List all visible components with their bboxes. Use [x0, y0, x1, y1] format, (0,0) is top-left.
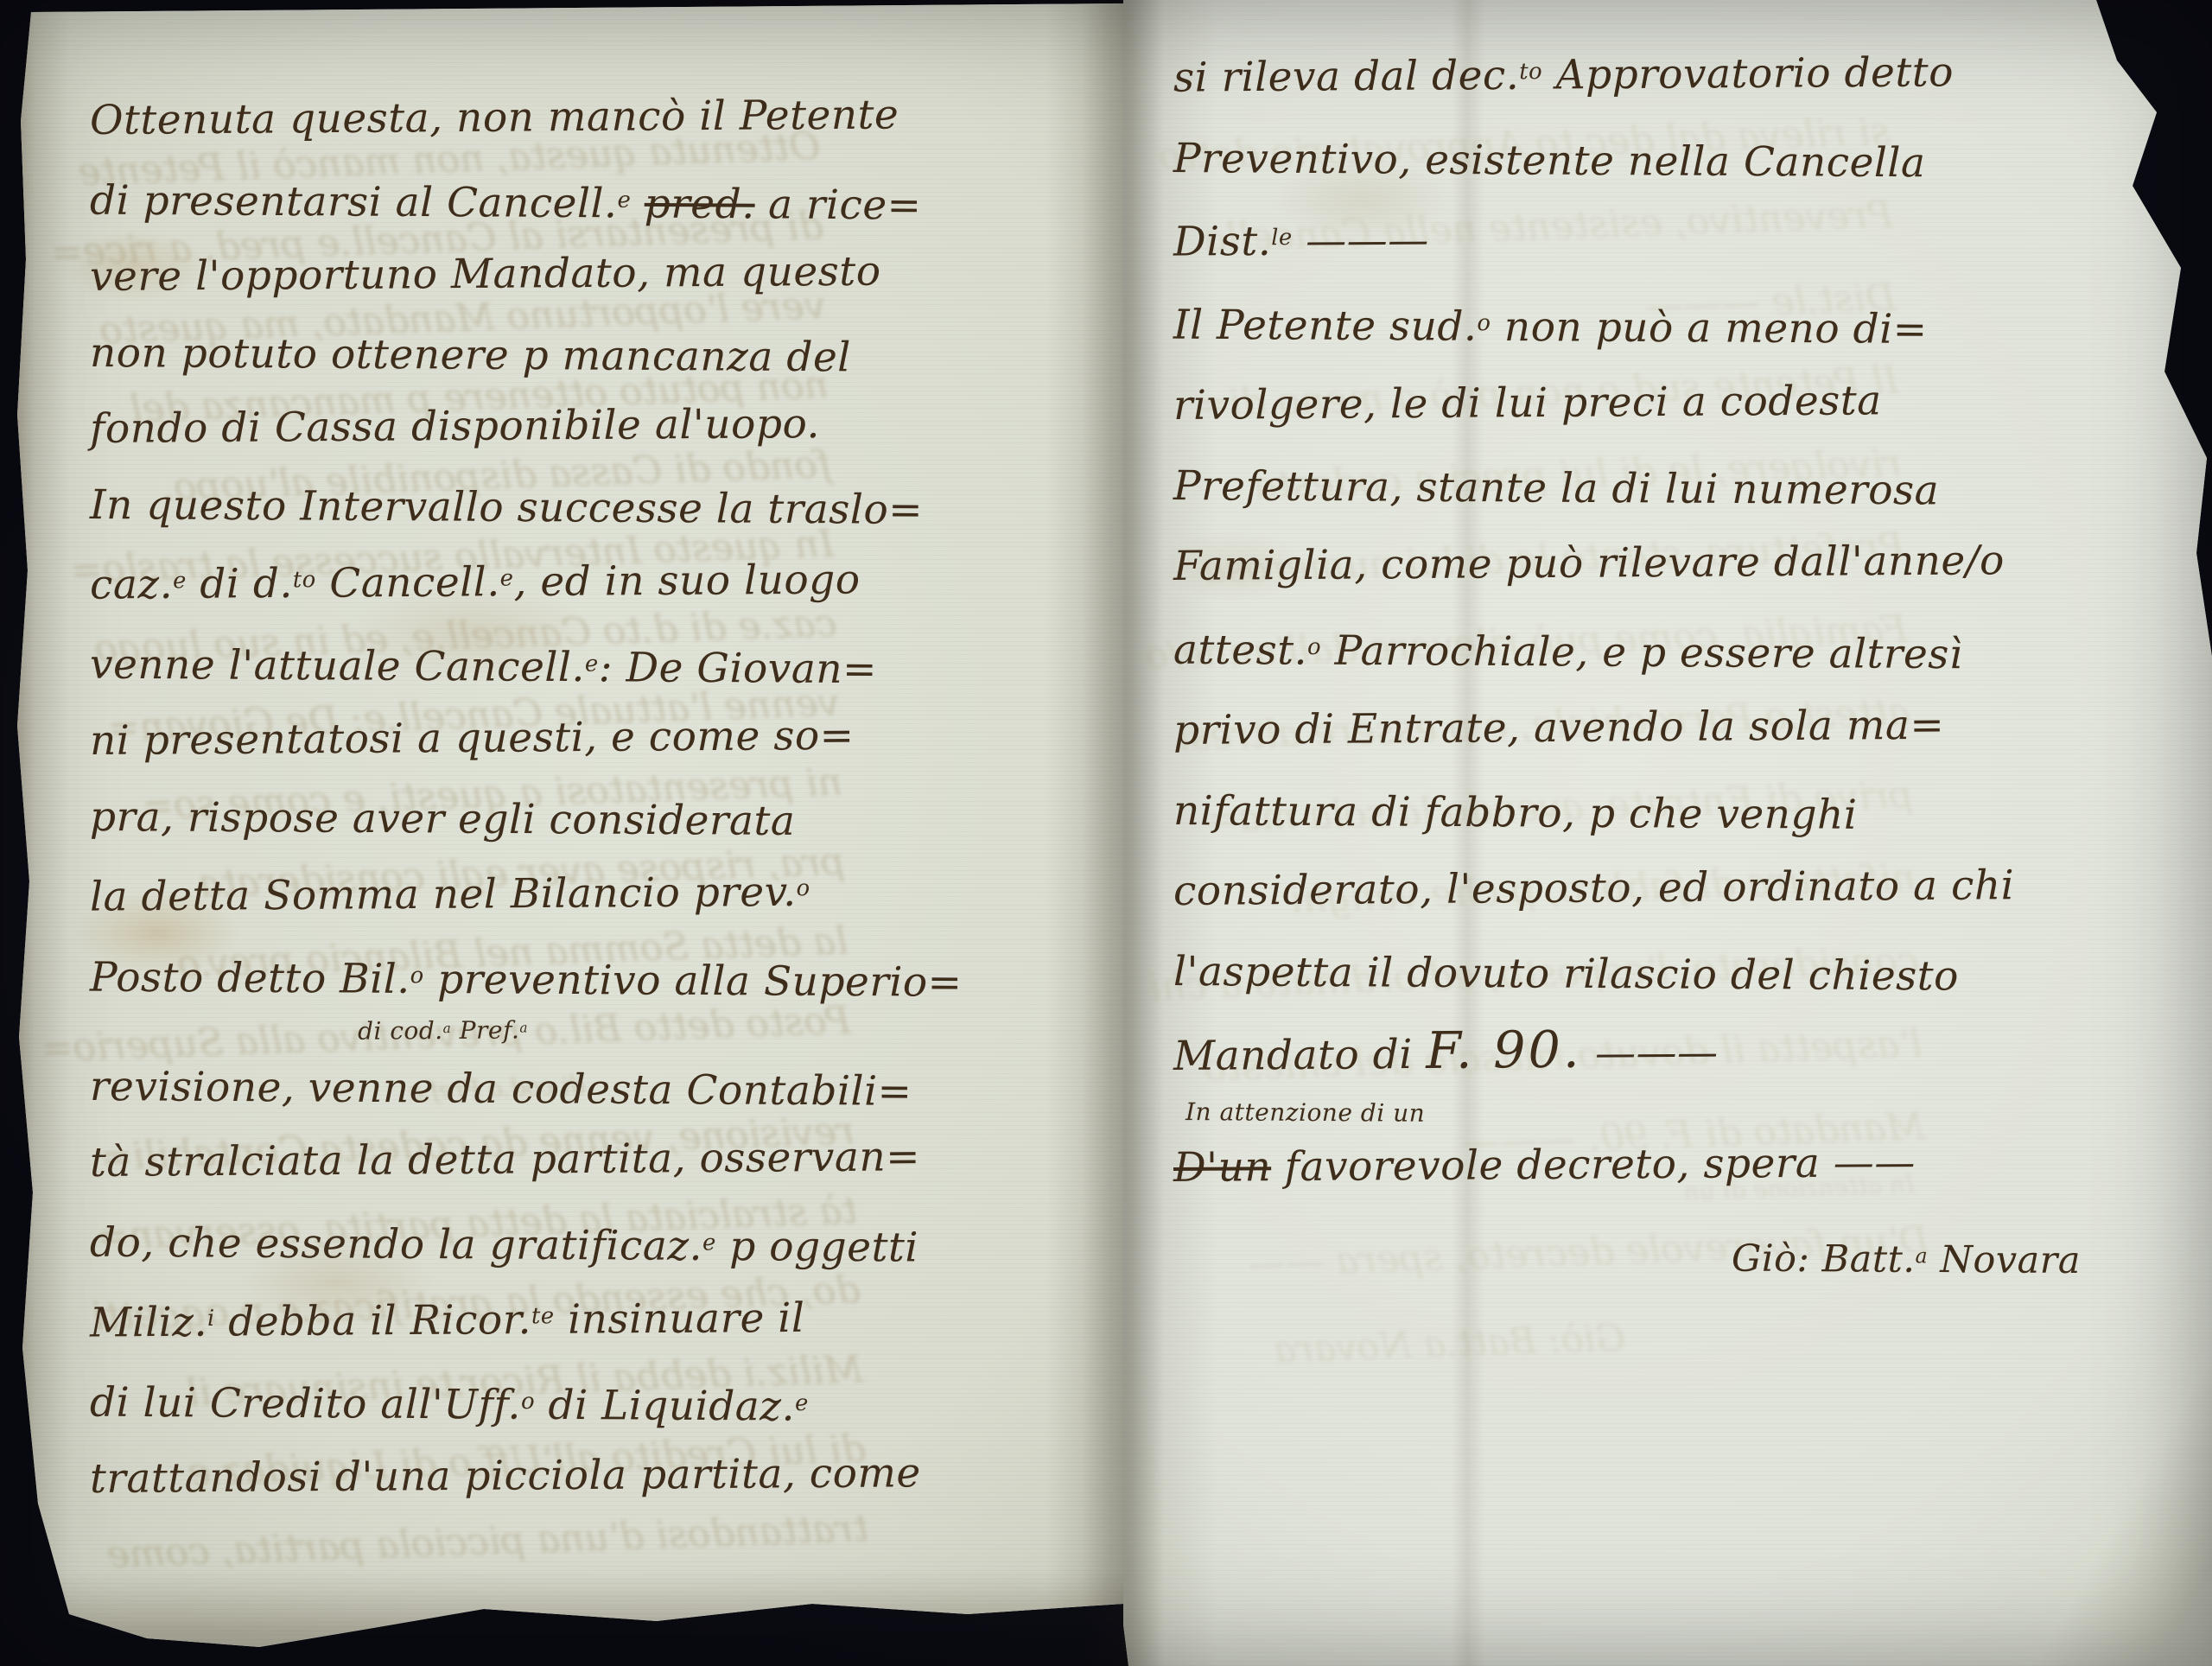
text-segment: revisione, venne da codesta Contabili= — [90, 1063, 912, 1116]
text-segment: In questo Intervallo successe la traslo= — [90, 481, 923, 534]
text-segment: o — [796, 875, 810, 901]
text-segment: si rileva dal dec. — [1173, 52, 1520, 102]
manuscript-line: Dist.le ——— — [1173, 191, 2194, 282]
ghost-line: Giò: Batt.a Novara — [1160, 1286, 1934, 1396]
text-segment: to — [1519, 59, 1542, 85]
text-segment: Prefettura, stante la di lui numerosa — [1173, 462, 1939, 514]
text-segment: rivolgere, le di lui preci a codesta — [1173, 377, 1882, 429]
right-page: si rileva dal dec.to Approvatorio dettoP… — [1123, 0, 2212, 1666]
text-segment: di lui Credito all'Uff. — [90, 1379, 521, 1429]
text-segment: F. 90. — [1426, 1019, 1582, 1079]
text-segment: o — [1477, 310, 1491, 336]
text-segment: e — [702, 1230, 716, 1256]
text-segment: di d. — [187, 560, 293, 608]
text-segment: favorevole decreto, spera —— — [1271, 1139, 1916, 1191]
text-segment: i — [207, 1306, 215, 1332]
manuscript-line: Preventivo, esistente nella Cancella — [1173, 118, 2194, 205]
text-segment: e — [585, 652, 599, 677]
text-segment: a — [519, 1021, 528, 1036]
manuscript-line: di cod.a Pref.a — [90, 1008, 1109, 1049]
manuscript-line: Ottenuta questa, non mancò il Petente — [90, 76, 1110, 159]
manuscript-spread: Ottenuta questa, non mancò il Petentedi … — [0, 0, 2212, 1666]
text-segment: o — [410, 963, 424, 989]
text-segment: do, che essendo la gratificaz. — [90, 1219, 702, 1270]
manuscript-line: Mandato di F. 90. ——— — [1173, 1004, 2194, 1096]
text-segment: nifattura di fabbro, p che venghi — [1173, 787, 1858, 839]
text-segment: di Liquidaz. — [535, 1382, 795, 1431]
text-segment: te — [531, 1303, 555, 1329]
manuscript-line: caz.e di d.to Cancell.e, ed in suo luogo — [90, 536, 1110, 623]
text-segment: e — [500, 565, 514, 591]
manuscript-line: si rileva dal dec.to Approvatorio detto — [1173, 28, 2194, 118]
text-segment: vere l'opportuno Mandato, ma questo — [90, 247, 881, 300]
manuscript-line: l'aspetta il dovuto rilascio del chiesto — [1173, 932, 2194, 1018]
text-segment: ni presentatosi a questi, e come so= — [90, 712, 855, 765]
manuscript-line: attest.o Parrochiale, e p essere altresì — [1173, 607, 2194, 696]
text-segment: , ed in suo luogo — [513, 556, 860, 606]
text-segment: Preventivo, esistente nella Cancella — [1173, 135, 1926, 187]
text-segment: Famiglia, come può rilevare dall'anne/o — [1173, 537, 2005, 590]
text-segment: : De Giovan= — [598, 644, 877, 693]
text-segment: non potuto ottenere p mancanza del — [90, 329, 851, 381]
text-segment: trattandosi d'una picciola partita, come — [90, 1449, 921, 1503]
text-segment: debba il Ricor. — [215, 1296, 532, 1346]
text-segment: Dist. — [1173, 217, 1272, 265]
manuscript-line: tà stralciata la detta partita, osservan… — [90, 1118, 1110, 1201]
text-segment: e — [173, 568, 187, 594]
text-segment: Mandato di — [1173, 1030, 1427, 1079]
text-segment: preventivo alla Superio= — [424, 955, 963, 1006]
manuscript-line: rivolgere, le di lui preci a codesta — [1173, 359, 2194, 446]
text-segment: o — [1307, 634, 1321, 660]
manuscript-line: Giò: Batt.a Novara — [1173, 1211, 2194, 1302]
text-segment: pra, rispose aver egli considerata — [90, 793, 796, 845]
text-segment: Giò: Batt. — [1732, 1237, 1916, 1281]
manuscript-line: ni presentatosi a questi, e come so= — [90, 696, 1110, 779]
text-segment: e — [617, 188, 631, 213]
text-segment: venne l'attuale Cancell. — [90, 641, 585, 691]
text-segment: tà stralciata la detta partita, osservan… — [90, 1133, 920, 1186]
text-segment: Pref. — [451, 1016, 519, 1046]
text-segment: caz. — [90, 561, 173, 609]
text-segment: a — [443, 1021, 452, 1036]
text-segment: le — [1271, 225, 1293, 251]
text-segment: Ottenuta questa, non mancò il Petente — [90, 91, 899, 144]
text-segment: insinuare il — [554, 1294, 804, 1344]
manuscript-line: nifattura di fabbro, p che venghi — [1173, 771, 2194, 857]
text-segment: Parrochiale, e p essere altresì — [1321, 627, 1963, 679]
text-segment: Miliz. — [90, 1298, 207, 1346]
manuscript-line: privo di Entrate, avendo la sola ma= — [1173, 683, 2194, 770]
struck-word: pred. — [645, 181, 755, 229]
text-segment: di presentarsi al Cancell. — [90, 177, 618, 228]
text-segment: to — [293, 567, 316, 593]
text-segment: di cod. — [358, 1016, 443, 1046]
text-segment: Approvatorio detto — [1542, 48, 1954, 99]
manuscript-line: D'un favorevole decreto, spera —— — [1173, 1120, 2194, 1207]
text-segment: considerato, l'esposto, ed ordinato a ch… — [1173, 862, 2015, 915]
text-segment: la detta Somma nel Bilancio prev. — [90, 868, 797, 921]
manuscript-line: Miliz.i debba il Ricor.te insinuare il — [90, 1274, 1110, 1361]
left-page: Ottenuta questa, non mancò il Petentedi … — [0, 0, 1123, 1666]
text-segment: Novara — [1928, 1237, 2081, 1281]
manuscript-line: di presentarsi al Cancell.e pred. a rice… — [90, 159, 1110, 245]
text-segment: e — [795, 1390, 809, 1416]
text-segment: a rice= — [754, 181, 921, 229]
manuscript-line: fondo di Cassa disponibile al'uopo. — [90, 384, 1110, 467]
text-segment: l'aspetta il dovuto rilascio del chiesto — [1173, 948, 1959, 1001]
struck-word: D'un — [1173, 1143, 1272, 1192]
manuscript-line: do, che essendo la gratificaz.e p oggett… — [90, 1201, 1110, 1288]
text-segment: o — [521, 1389, 535, 1415]
text-segment: Posto detto Bil. — [90, 953, 410, 1002]
text-segment — [631, 180, 645, 227]
manuscript-line: vere l'opportuno Mandato, ma questo — [90, 232, 1110, 315]
manuscript-line: trattandosi d'una picciola partita, come — [90, 1434, 1110, 1517]
text-segment: In attenzione di un — [1185, 1097, 1425, 1128]
text-segment: ——— — [1293, 216, 1429, 264]
manuscript-line: Famiglia, come può rilevare dall'anne/o — [1173, 519, 2194, 607]
manuscript-line: Il Petente sud.o non può a meno di= — [1173, 282, 2194, 372]
text-segment: p oggetti — [716, 1223, 918, 1271]
text-segment: Cancell. — [316, 558, 500, 607]
manuscript-line: la detta Somma nel Bilancio prev.o — [90, 849, 1110, 936]
manuscript-line: considerato, l'esposto, ed ordinato a ch… — [1173, 843, 2194, 931]
text-segment: Il Petente sud. — [1173, 302, 1478, 351]
text-segment: ——— — [1581, 1028, 1718, 1077]
text-segment: privo di Entrate, avendo la sola ma= — [1173, 701, 1945, 754]
text-segment: fondo di Cassa disponibile al'uopo. — [90, 400, 820, 453]
text-segment: attest. — [1173, 626, 1307, 675]
right-page-text: si rileva dal dec.to Approvatorio dettoP… — [1173, 35, 2193, 1295]
left-page-text: Ottenuta questa, non mancò il Petentedi … — [90, 83, 1109, 1517]
text-segment: non può a meno di= — [1491, 303, 1927, 353]
text-segment: a — [1915, 1243, 1928, 1268]
